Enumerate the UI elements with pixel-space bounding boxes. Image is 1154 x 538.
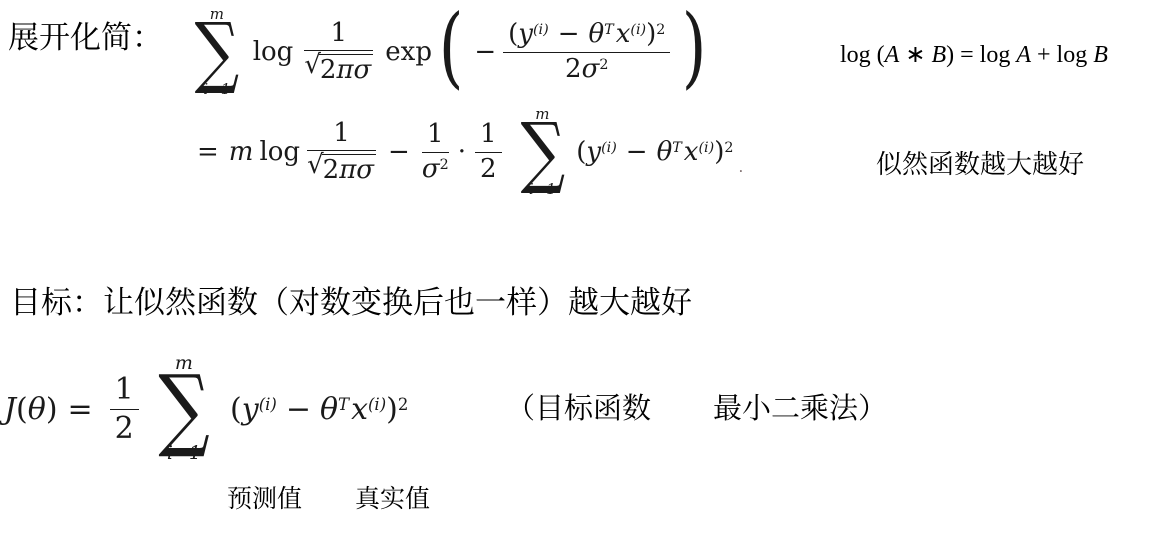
x-variable: x xyxy=(351,392,368,427)
annotation-least-squares: 最小二乘法） xyxy=(713,393,887,425)
identity-token: ) = log xyxy=(946,42,1016,68)
true-value-label: 真实值 xyxy=(355,479,430,515)
equals-sign: = xyxy=(68,392,93,427)
residual-squared-expression: (y(i)−θTx(i))2 xyxy=(230,392,408,427)
identity-token: log ( xyxy=(840,42,885,68)
sqrt-expression: √ 2πσ xyxy=(307,154,376,185)
exp-operator: exp xyxy=(385,37,432,67)
minus-sign: − xyxy=(626,137,648,167)
big-left-paren: ( xyxy=(439,7,464,87)
right-paren: ) xyxy=(46,392,58,427)
transpose-superscript: T xyxy=(604,23,614,39)
predicted-value-label: 预测值 xyxy=(227,479,302,515)
variable-A: A xyxy=(885,42,900,68)
annotation-objective-function: （目标函数 xyxy=(506,393,651,425)
fraction-denominator: 2σ2 xyxy=(565,53,608,84)
equals-sign: = xyxy=(197,137,219,167)
theta-variable: θ xyxy=(320,392,338,427)
fraction-denominator: √ 2πσ xyxy=(304,51,373,85)
radical-icon: √ xyxy=(307,152,324,178)
y-variable: y xyxy=(242,392,259,427)
gaussian-normalizer-fraction: 1 √ 2πσ xyxy=(304,19,373,85)
sqrt-expression: √ 2πσ xyxy=(304,54,373,85)
transpose-superscript: T xyxy=(338,394,349,413)
theta-variable: θ xyxy=(589,19,605,49)
left-paren: ( xyxy=(576,137,586,167)
x-variable: x xyxy=(684,137,699,167)
right-paren: ) xyxy=(646,19,656,49)
m-log-term: mlog xyxy=(229,137,300,167)
residual-squared-expression: (y(i)−θTx(i))2 xyxy=(508,20,665,49)
minus-sign: − xyxy=(558,19,580,49)
sum-block: m ∑ i=1 xyxy=(515,105,571,199)
fraction-denominator: 2 xyxy=(480,153,497,184)
fraction-numerator: (y(i)−θTx(i))2 xyxy=(503,20,670,52)
m-variable: m xyxy=(229,137,254,167)
sigma-sum-icon: ∑ xyxy=(520,124,565,180)
sigma-variable: σ xyxy=(422,154,440,184)
minus-sign: − xyxy=(286,392,311,427)
superscript-i: (i) xyxy=(601,140,617,156)
likelihood-expansion-line2: = mlog 1 √ 2πσ − 1 σ2 · 1 2 m ∑ i=1 (y(i… xyxy=(197,102,743,202)
fraction-numerator: 1 xyxy=(304,19,373,51)
exponent-fraction: (y(i)−θTx(i))2 2σ2 xyxy=(503,20,670,83)
y-variable: y xyxy=(586,137,601,167)
fraction-numerator: 1 xyxy=(475,120,502,152)
squared-superscript: 2 xyxy=(656,23,665,39)
likelihood-note: 似然函数越大越好 xyxy=(876,144,1084,181)
transpose-superscript: T xyxy=(672,140,682,156)
fraction-denominator: 2 xyxy=(115,410,134,446)
fraction-numerator: 1 xyxy=(307,119,376,151)
sigma-sum-icon: ∑ xyxy=(158,376,209,442)
superscript-i: (i) xyxy=(630,23,646,39)
fraction-numerator: 1 xyxy=(422,120,449,152)
fraction-denominator: σ2 xyxy=(422,153,449,184)
sum-block: m ∑ i=1 xyxy=(152,352,216,466)
right-paren: ) xyxy=(386,392,398,427)
expand-simplify-label: 展开化简： xyxy=(8,12,163,57)
variable-A: A xyxy=(1016,42,1031,68)
superscript-i: (i) xyxy=(698,140,714,156)
squared-superscript: 2 xyxy=(599,57,608,73)
sqrt-body: 2πσ xyxy=(322,154,376,185)
superscript-i: (i) xyxy=(259,394,277,413)
y-variable: y xyxy=(518,19,533,49)
J-variable: J xyxy=(4,392,16,427)
left-paren: ( xyxy=(16,392,28,427)
sqrt-coefficient: 2 xyxy=(323,155,340,185)
right-paren: ) xyxy=(714,137,724,167)
inverse-variance-fraction: 1 σ2 xyxy=(422,120,449,183)
fraction-denominator: √ 2πσ xyxy=(307,151,376,185)
log-operator: log xyxy=(253,37,294,67)
squared-superscript: 2 xyxy=(724,140,733,156)
sigma-sum-icon: ∑ xyxy=(195,24,240,80)
sigma-variable: σ xyxy=(582,54,600,84)
goal-statement: 目标：让似然函数（对数变换后也一样）越大越好 xyxy=(10,277,692,322)
trailing-period: . xyxy=(738,158,743,176)
likelihood-expansion-line1: m ∑ i=1 log 1 √ 2πσ exp ( − (y(i)−θTx(i)… xyxy=(183,2,712,102)
objective-annotation: （目标函数最小二乘法） xyxy=(506,386,887,427)
sqrt-variables: πσ xyxy=(339,155,374,185)
superscript-i: (i) xyxy=(533,23,549,39)
squared-superscript: 2 xyxy=(440,157,449,173)
two-coefficient: 2 xyxy=(565,54,582,84)
J-theta-equals: J(θ)= xyxy=(4,392,103,427)
variable-B: B xyxy=(931,42,946,68)
negative-sign: − xyxy=(474,37,496,67)
sqrt-variables: πσ xyxy=(336,55,371,85)
superscript-i: (i) xyxy=(368,394,386,413)
log-operator: log xyxy=(259,137,300,167)
variable-B: B xyxy=(1093,42,1108,68)
objective-function-formula: J(θ)= 1 2 m ∑ i=1 (y(i)−θTx(i))2 xyxy=(4,352,408,466)
x-variable: x xyxy=(616,19,631,49)
one-half-fraction: 1 2 xyxy=(475,120,502,183)
big-right-paren: ) xyxy=(682,7,707,87)
log-product-identity: log (A ∗ B) = log A + log B xyxy=(840,40,1108,69)
left-paren: ( xyxy=(230,392,242,427)
gaussian-normalizer-fraction: 1 √ 2πσ xyxy=(307,119,376,185)
minus-sign: − xyxy=(388,137,410,167)
residual-squared-expression: (y(i)−θTx(i))2 xyxy=(576,137,733,167)
sqrt-coefficient: 2 xyxy=(320,55,337,85)
radical-icon: √ xyxy=(304,52,321,78)
asterisk-operator: ∗ xyxy=(899,42,931,68)
one-half-fraction: 1 2 xyxy=(110,373,139,445)
sum-block: m ∑ i=1 xyxy=(189,5,245,99)
theta-variable: θ xyxy=(28,392,46,427)
squared-superscript: 2 xyxy=(398,394,409,413)
identity-token: + log xyxy=(1031,42,1093,68)
left-paren: ( xyxy=(508,19,518,49)
cdot-operator: · xyxy=(458,137,466,167)
sqrt-body: 2πσ xyxy=(319,54,373,85)
theta-variable: θ xyxy=(657,137,673,167)
fraction-numerator: 1 xyxy=(110,373,139,410)
